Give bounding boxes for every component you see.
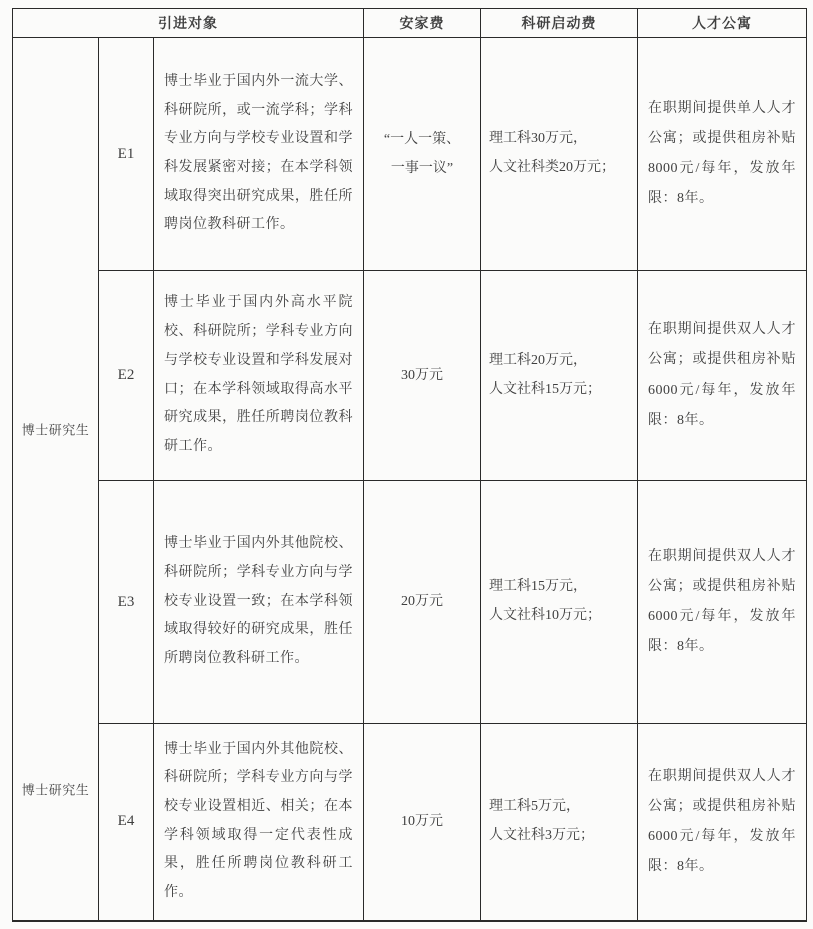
level-cell-e1: E1 bbox=[99, 38, 154, 271]
header-target: 引进对象 bbox=[13, 9, 364, 38]
header-research-fund: 科研启动费 bbox=[481, 9, 638, 38]
level-cell-e3: E3 bbox=[99, 481, 154, 724]
header-settling-fee: 安家费 bbox=[364, 9, 481, 38]
group-label-doctoral-top: 博士研究生 bbox=[13, 419, 98, 438]
apartment-cell-e3: 在职期间提供双人人才公寓；或提供租房补贴6000元/每年，发放年限：8年。 bbox=[638, 481, 807, 724]
settling-fee-cell-e4: 10万元 bbox=[364, 724, 481, 921]
description-cell-e2: 博士毕业于国内外高水平院校、科研院所；学科专业方向与学校专业设置和学科发展对口；… bbox=[154, 271, 364, 481]
description-cell-e4: 博士毕业于国内外其他院校、科研院所；学科专业方向与学校专业设置相近、相关；在本学… bbox=[154, 724, 364, 921]
research-fund-cell-e2: 理工科20万元， 人文社科15万元； bbox=[481, 271, 638, 481]
recruitment-benefits-table: 引进对象 安家费 科研启动费 人才公寓 博士研究生 博士研究生 E1 博士毕业于… bbox=[12, 8, 807, 922]
apartment-cell-e4: 在职期间提供双人人才公寓；或提供租房补贴6000元/每年，发放年限：8年。 bbox=[638, 724, 807, 921]
table-row-e2: E2 博士毕业于国内外高水平院校、科研院所；学科专业方向与学校专业设置和学科发展… bbox=[13, 271, 807, 481]
document-page: { "page": { "background_color": "#fbfbfa… bbox=[0, 0, 813, 929]
apartment-cell-e1: 在职期间提供单人人才公寓；或提供租房补贴8000元/每年，发放年限：8年。 bbox=[638, 38, 807, 271]
settling-fee-cell-e3: 20万元 bbox=[364, 481, 481, 724]
group-cell-doctoral: 博士研究生 博士研究生 bbox=[13, 38, 99, 921]
level-cell-e4: E4 bbox=[99, 724, 154, 921]
research-fund-cell-e4: 理工科5万元， 人文社科3万元； bbox=[481, 724, 638, 921]
document-sheet: 引进对象 安家费 科研启动费 人才公寓 博士研究生 博士研究生 E1 博士毕业于… bbox=[12, 8, 807, 922]
table-header-row: 引进对象 安家费 科研启动费 人才公寓 bbox=[13, 9, 807, 38]
table-row-e4: E4 博士毕业于国内外其他院校、科研院所；学科专业方向与学校专业设置相近、相关；… bbox=[13, 724, 807, 921]
research-fund-cell-e3: 理工科15万元， 人文社科10万元； bbox=[481, 481, 638, 724]
description-cell-e3: 博士毕业于国内外其他院校、科研院所；学科专业方向与学校专业设置一致；在本学科领域… bbox=[154, 481, 364, 724]
group-label-doctoral-bottom: 博士研究生 bbox=[13, 780, 98, 799]
table-row-e3: E3 博士毕业于国内外其他院校、科研院所；学科专业方向与学校专业设置一致；在本学… bbox=[13, 481, 807, 724]
settling-fee-cell-e1: “一人一策、 一事一议” bbox=[364, 38, 481, 271]
table-row-e1: 博士研究生 博士研究生 E1 博士毕业于国内外一流大学、科研院所，或一流学科；学… bbox=[13, 38, 807, 271]
description-cell-e1: 博士毕业于国内外一流大学、科研院所，或一流学科；学科专业方向与学校专业设置和学科… bbox=[154, 38, 364, 271]
apartment-cell-e2: 在职期间提供双人人才公寓；或提供租房补贴6000元/每年，发放年限：8年。 bbox=[638, 271, 807, 481]
level-cell-e2: E2 bbox=[99, 271, 154, 481]
research-fund-cell-e1: 理工科30万元， 人文社科类20万元； bbox=[481, 38, 638, 271]
settling-fee-cell-e2: 30万元 bbox=[364, 271, 481, 481]
header-apartment: 人才公寓 bbox=[638, 9, 807, 38]
